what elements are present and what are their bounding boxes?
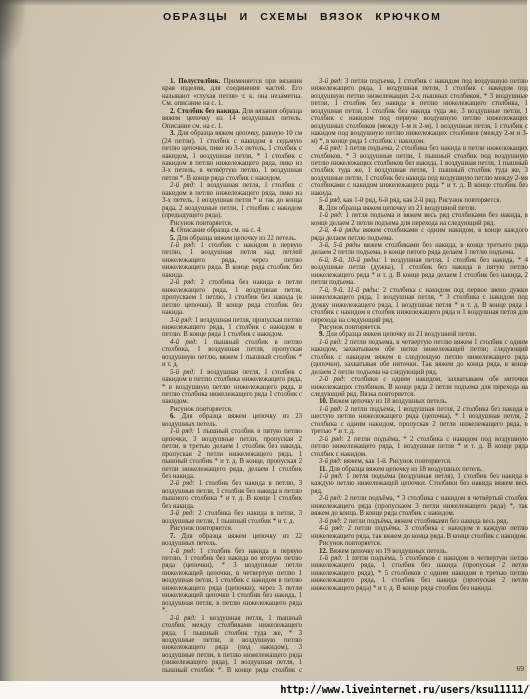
paragraph: 2. Столбик без накида. Для вязания образ… <box>162 108 302 130</box>
paragraph: 10. Вяжем цепочку из 18 воздушных петель… <box>311 398 528 405</box>
paragraph: 5-й ряд, как 1-й ряд, 6-й ряд, как 2-й р… <box>311 197 528 204</box>
scan-edge-left <box>0 0 16 682</box>
paragraph: 5-й ряд: 1 воздушная петля, 1 столбик с … <box>162 369 302 406</box>
paragraph: 4-й ряд: 1 пышный столбик в петлю столби… <box>162 339 302 369</box>
paragraph: 2-й ряд: 2 петли подъёма, * 2 столбика с… <box>311 436 528 458</box>
paragraph: 3-й ряд: вяжем, как 1-й. Рисунок повторя… <box>311 458 528 465</box>
paragraph: 2-й, 4-й ряды вяжем столбиками с одним н… <box>311 227 528 242</box>
paragraph: 8. Для образца вяжем цепочку из 21 возду… <box>311 205 528 212</box>
paragraph: Рисунок повторяется. <box>162 525 302 532</box>
paragraph: 2-й ряд: 1 столбик без накида в петлю, 3… <box>162 480 302 510</box>
paragraph: 1-й ряд: 1 петля подъема и вяжем весь ря… <box>311 212 528 227</box>
paragraph: 2-й ряд: 2 столбика без накида в петли н… <box>162 279 302 316</box>
paragraph: 1-й ряд: 2 петли подъема, 1 воздушная пе… <box>311 406 528 436</box>
paragraph: 4. Описание образца см. на с. 4. <box>162 227 302 234</box>
paragraph: 3-й, 5-й ряды вяжем столбиками без накид… <box>311 242 528 257</box>
paragraph: 2-й ряд: 1 воздушная петля, 1 пышный сто… <box>162 615 302 674</box>
paragraph: 2-й ряд: столбики с одним накидом, захва… <box>311 376 528 398</box>
page-title: ОБРАЗЦЫ И СХЕМЫ ВЯЗОК КРЮЧКОМ <box>163 11 441 23</box>
watermark-url: http://www.liveinternet.ru/users/ksu1111… <box>280 684 530 696</box>
right-column: 3-й ряд: 3 петли подъема, 1 столбик с на… <box>311 78 528 674</box>
paragraph: 12. Вяжем цепочку из 19 воздушных петель… <box>311 548 528 555</box>
paragraph: 1-й ряд: 1 столбик без накида в первую п… <box>162 548 302 615</box>
paragraph: 6. Для образца вяжем цепочку из 23 возду… <box>162 413 302 428</box>
paragraph: 9. Для образца вяжем цепочку из 21 возду… <box>311 331 528 338</box>
paragraph: Рисунок повторяется. <box>162 220 302 227</box>
paragraph: Рисунок повторяется. <box>311 540 528 547</box>
text-columns: 1. Полустолбик. Применяется при вязании … <box>162 78 528 674</box>
paragraph: 7. Для образца вяжем цепочку из 22 возду… <box>162 533 302 548</box>
paragraph: Рисунок повторяется. <box>162 406 302 413</box>
left-column: 1. Полустолбик. Применяется при вязании … <box>162 78 302 674</box>
paragraph: 3-й ряд: 2 петли подъёма, вяжем столбика… <box>311 518 528 525</box>
paragraph: 1-й ряд: 2 петли подъема, в четвертую пе… <box>311 339 528 376</box>
paragraph: 4-й ряд: 2 петли подъёма, 3 столбика с н… <box>311 525 528 540</box>
scanned-book-page: ОБРАЗЦЫ И СХЕМЫ ВЯЗОК КРЮЧКОМ 1. Полусто… <box>0 0 530 699</box>
paragraph: 4-й ряд: 1 петля подъема, 2 столбика без… <box>311 145 528 197</box>
paragraph: 1-й ряд: 1 петля подъёма, 5 столбиков с … <box>311 555 528 592</box>
paragraph: 3-й ряд: 3 петли подъема, 1 столбик с на… <box>311 78 528 145</box>
paragraph: Рисунок повторяется. <box>311 324 528 331</box>
paragraph: 2-й ряд: 1 воздушная петля, 1 столбик с … <box>162 182 302 219</box>
paragraph: 1. Полустолбик. Применяется при вязании … <box>162 78 302 108</box>
paragraph: 3. Для образца вяжем цепочку, равную 10 … <box>162 130 302 182</box>
paragraph: 6-й, 8-й, 10-й ряды: 1 воздушная петля, … <box>311 257 528 287</box>
paragraph: 1-й ряд: 1 пышный столбик в пятую петлю … <box>162 428 302 480</box>
watermark-bar: http://www.liveinternet.ru/users/ksu1111… <box>0 681 530 699</box>
paragraph: 5. Для образца вяжем цепочку из 22 петел… <box>162 235 302 242</box>
paragraph: 3-й ряд: 1 воздушная петля, пропуская пе… <box>162 317 302 339</box>
page-number: 69 <box>517 664 525 673</box>
paragraph: 1-й ряд: 1 столбик с накидом в первую пе… <box>162 242 302 279</box>
scan-edge-top <box>0 0 530 6</box>
scan-corner-shadow <box>0 0 26 60</box>
paragraph: 11. Для образца вяжем цепочку из 18 возд… <box>311 466 528 473</box>
paragraph: 2-й ряд: 2 петли подъёма, * 3 столбика с… <box>311 495 528 517</box>
paragraph: 1-й ряд: 1 петля подъёма (воздушная петл… <box>311 473 528 495</box>
paragraph: 3-й ряд: 2 столбика без накида в петли, … <box>162 510 302 525</box>
paragraph: 7-й, 9-й, 11-й ряды: 2 столбика с накидо… <box>311 287 528 324</box>
